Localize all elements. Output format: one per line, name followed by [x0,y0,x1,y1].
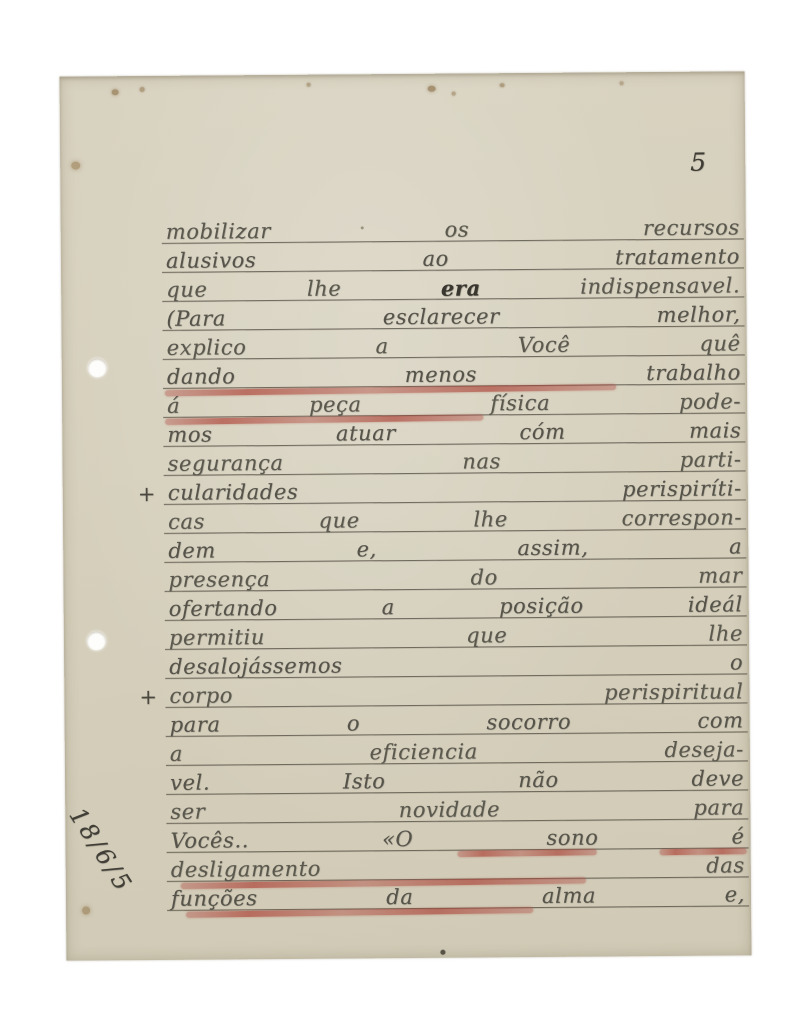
manuscript-line: vel.Istonãodeve [168,764,746,798]
handwritten-word: indispensavel. [580,275,740,297]
margin-plus-mark: + [138,482,156,506]
handwritten-word: nas [462,451,501,472]
age-spot [112,89,119,95]
manuscript-line: desalojássemoso [167,648,745,682]
handwritten-word: cóm [519,422,565,443]
handwritten-word: explico [167,337,247,359]
manuscript-line: mobilizarosrecursos [164,213,742,247]
manuscript-line: sernovidadepara [168,793,746,827]
handwritten-word: Vocês.. [170,830,249,852]
handwritten-word: melhor, [657,304,741,326]
handwritten-word: presença [168,569,270,591]
handwritten-word: posição [499,596,584,618]
handwritten-word: menos [405,364,477,386]
manuscript-line: funçõesdaalmae, [169,880,747,914]
handwritten-word: com [697,710,743,731]
punch-hole-bottom [87,631,106,650]
handwritten-word: mais [689,420,741,441]
age-spot [307,83,311,87]
handwritten-word: a [729,536,742,557]
manuscript-line: explicoaVocêquê [165,329,743,363]
handwritten-word: que [318,510,359,531]
handwritten-word: o [347,713,360,734]
handwritten-word: desligamento [171,859,321,881]
manuscript-line: deme,assim,a [166,532,744,566]
handwritten-word: «O [382,829,413,850]
handwritten-word: lhe [708,623,743,644]
handwritten-word: era [441,277,481,298]
handwritten-word: recursos [643,217,740,239]
handwritten-word: da [386,887,413,908]
manuscript-line: aeficienciadeseja- [168,735,746,769]
handwritten-word: que [466,625,507,646]
handwritten-word: lhe [307,278,342,299]
handwritten-word: cularidades [168,482,299,504]
handwritten-word: atuar [336,423,396,444]
age-spot [500,83,505,87]
handwritten-word: quê [699,333,740,354]
manuscript-line: +cularidadesperispiríti- [166,474,744,508]
page-number: 5 [690,148,706,177]
handwritten-word: Isto [343,771,386,792]
handwritten-word: não [518,770,559,791]
handwritten-word: vel. [170,773,210,794]
handwritten-word: desalojássemos [169,656,342,678]
age-spot [452,92,456,96]
manuscript-line: ofertandoaposiçãoideál [167,590,745,624]
handwritten-word: permitiu [169,627,265,649]
age-spot [82,906,90,914]
age-spot [620,81,624,85]
manuscript-line: presençadomar [166,561,744,595]
handwritten-word: ofertando [169,598,278,620]
handwritten-word: a [375,336,388,357]
margin-date-note: 18/6/5 [64,803,139,898]
manuscript-line: permitiuquelhe [167,619,745,653]
manuscript-line: dandomenostrabalho [165,358,743,392]
handwritten-word: correspon- [622,507,743,529]
handwritten-word: é [731,826,744,847]
handwritten-word: deve [691,768,744,789]
manuscript-line: casquelhecorrespon- [166,503,744,537]
manuscript-line: quelheeraindispensavel. [164,271,742,305]
handwritten-word: deseja- [664,739,744,761]
handwritten-word: ao [422,249,449,270]
manuscript-line: alusivosaotratamento [164,242,742,276]
punch-hole-top [88,358,107,377]
manuscript-line: +corpoperispiritual [167,677,745,711]
handwritten-word: a [382,597,395,618]
handwritten-word: perispiritual [604,681,743,703]
handwritten-word: funções [171,888,258,910]
handwritten-word: para [170,714,221,735]
handwritten-word: mobilizar [166,221,271,243]
handwritten-word: dem [168,540,216,561]
handwritten-word: tratamento [615,246,740,268]
handwritten-word: dando [167,366,236,388]
handwritten-word: os [445,219,470,240]
handwritten-word: para [693,797,744,818]
handwritten-word: cas [168,512,205,533]
age-spot [71,162,80,170]
handwritten-word: assim, [517,538,588,560]
handwritten-word: ser [170,802,205,823]
handwritten-word: ideál [688,594,743,615]
manuscript-page: 5 18/6/5 mobilizarosrecursosalusivosaotr… [60,71,752,960]
handwritten-word: alusivos [166,250,257,272]
handwritten-word: (Para [166,308,226,329]
handwritten-word: eficiencia [369,741,478,763]
handwritten-word: novidade [399,799,501,821]
manuscript-line: paraosocorrocom [168,706,746,740]
handwritten-word: mar [698,565,742,586]
handwritten-word: e, [356,539,376,560]
handwritten-text-block: mobilizarosrecursosalusivosaotratamentoq… [164,213,747,914]
manuscript-line: desligamentodas [169,851,747,885]
manuscript-line: (Paraesclarecermelhor, [164,300,742,334]
handwritten-word: e, [725,884,745,905]
handwritten-word: pode- [679,391,741,412]
age-spot [440,950,445,955]
handwritten-word: trabalho [646,362,741,384]
handwritten-word: que [166,280,207,301]
handwritten-word: a [170,744,183,765]
handwritten-word: lhe [473,509,508,530]
handwritten-word: o [730,652,743,673]
handwritten-word: parti- [680,449,742,470]
handwritten-word: sono [546,827,598,848]
handwritten-word: física [490,393,550,414]
handwritten-word: corpo [169,685,233,706]
handwritten-word: Você [518,335,571,356]
margin-plus-mark: + [139,685,157,709]
handwritten-word: peça [309,394,362,415]
handwritten-word: alma [542,886,596,907]
manuscript-line: Vocês..«Osonoé [168,822,746,856]
handwritten-word: do [470,567,497,588]
handwritten-word: perispiríti- [622,478,742,500]
manuscript-line: segurançanasparti- [165,445,743,479]
age-spot [428,86,436,92]
age-spot [140,87,145,92]
handwritten-word: esclarecer [383,306,500,328]
handwritten-word: á [167,396,180,417]
handwritten-word: socorro [486,712,571,734]
scanned-document: 5 18/6/5 mobilizarosrecursosalusivosaotr… [0,0,810,1024]
handwritten-word: mos [167,425,212,446]
handwritten-word: das [706,855,745,876]
handwritten-word: segurança [168,453,284,475]
